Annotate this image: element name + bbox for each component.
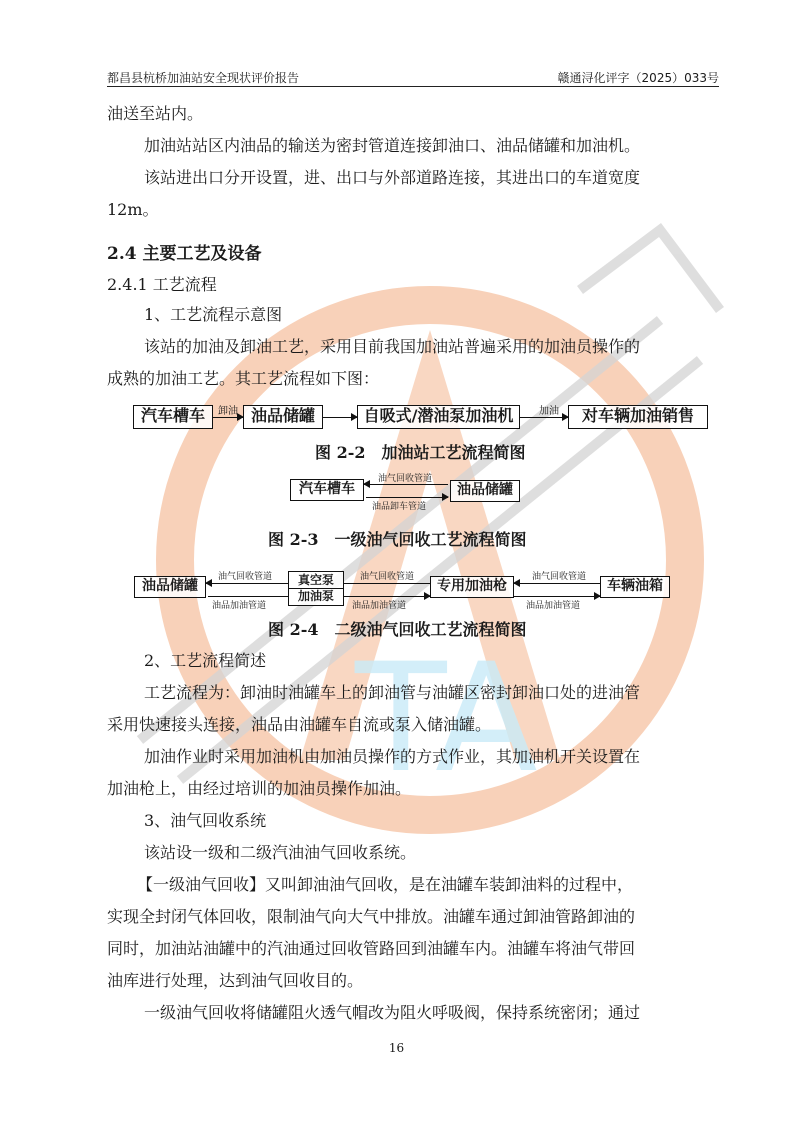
pipe-label: 油品加油管道 <box>212 598 266 611</box>
flow-box: 汽车槽车 <box>133 405 213 429</box>
figure-caption: 图 2-3 一级油气回收工艺流程简图 <box>268 527 526 550</box>
pipe-label: 油品加油管道 <box>526 598 580 611</box>
list-item: 3、油气回收系统 <box>107 811 719 831</box>
arrow-label: 加油 <box>539 402 559 417</box>
pipe-label: 油品加油管道 <box>352 598 406 611</box>
pipe-line <box>344 583 430 584</box>
vacuum-pump-label: 真空泵 <box>289 573 343 588</box>
flow-box: 专用加油枪 <box>430 576 514 598</box>
figure-caption: 图 2-4 二级油气回收工艺流程简图 <box>268 617 526 640</box>
arrow-right-icon <box>366 497 448 498</box>
pipe-line <box>208 596 288 597</box>
arrow-label: 卸油 <box>218 402 238 417</box>
flow-box: 油品储罐 <box>450 480 520 502</box>
flow-box: 对车辆加油销售 <box>568 405 708 429</box>
arrow-left-icon <box>206 583 288 584</box>
pipe-label: 油气回收管道 <box>360 569 414 582</box>
list-item: 2、工艺流程简述 <box>107 651 719 671</box>
page-number: 16 <box>0 1041 793 1055</box>
arrow-right-icon <box>213 417 243 418</box>
report-number: 赣通浔化评字（2025）033号 <box>558 69 719 86</box>
paragraph: 油库进行处理，达到油气回收目的。 <box>107 971 719 991</box>
arrow-left-icon <box>514 583 600 584</box>
flow-box: 油品储罐 <box>134 576 206 598</box>
arrow-right-icon <box>514 596 600 597</box>
paragraph: 该站设一级和二级汽油油气回收系统。 <box>107 843 719 863</box>
arrow-left-icon <box>364 484 448 485</box>
report-title: 都昌县杭桥加油站安全现状评价报告 <box>107 69 299 86</box>
paragraph: 加油枪上，由经过培训的加油员操作加油。 <box>107 779 719 799</box>
pipe-label: 油气回收管道 <box>378 471 432 484</box>
paragraph: 该站进出口分开设置，进、出口与外部道路连接，其进出口的车道宽度 <box>107 168 719 188</box>
paragraph: 一级油气回收将储罐阻火透气帽改为阻火呼吸阀，保持系统密闭；通过 <box>107 1003 719 1023</box>
paragraph: 该站的加油及卸油工艺，采用目前我国加油站普遍采用的加油员操作的 <box>107 337 719 357</box>
fuel-pump-label: 加油泵 <box>289 588 343 604</box>
figure-caption: 图 2-2 加油站工艺流程简图 <box>315 440 525 463</box>
subsection-heading: 2.4.1 工艺流程 <box>107 272 217 295</box>
pipe-label: 油品卸车管道 <box>372 499 426 512</box>
list-item: 1、工艺流程示意图 <box>107 305 719 325</box>
pump-box: 真空泵 加油泵 <box>288 571 344 606</box>
arrow-right-icon <box>520 417 568 418</box>
paragraph: 加油作业时采用加油机由加油员操作的方式作业，其加油机开关设置在 <box>107 747 719 767</box>
paragraph: 【一级油气回收】又叫卸油油气回收，是在油罐车装卸油料的过程中， <box>107 875 719 895</box>
pipe-label: 油气回收管道 <box>218 569 272 582</box>
arrow-right-icon <box>344 596 430 597</box>
paragraph: 采用快速接头连接，油品由油罐车自流或泵入储油罐。 <box>107 715 719 735</box>
pipe-label: 油气回收管道 <box>532 569 586 582</box>
section-heading: 2.4 主要工艺及设备 <box>107 239 262 264</box>
paragraph: 油送至站内。 <box>107 104 719 124</box>
arrow-right-icon <box>323 417 357 418</box>
paragraph: 加油站站区内油品的输送为密封管道连接卸油口、油品储罐和加油机。 <box>107 136 719 156</box>
paragraph: 实现全封闭气体回收，限制油气向大气中排放。油罐车通过卸油管路卸油的 <box>107 907 719 927</box>
document-page: 都昌县杭桥加油站安全现状评价报告 赣通浔化评字（2025）033号 油送至站内。… <box>0 0 793 1122</box>
flow-box: 自吸式/潜油泵加油机 <box>357 405 520 429</box>
page-header: 都昌县杭桥加油站安全现状评价报告 赣通浔化评字（2025）033号 <box>107 68 719 87</box>
paragraph: 12m。 <box>107 200 719 220</box>
flow-box: 汽车槽车 <box>290 479 364 501</box>
paragraph: 成熟的加油工艺。其工艺流程如下图： <box>107 369 719 389</box>
flow-box: 车辆油箱 <box>600 576 670 598</box>
flow-box: 油品储罐 <box>243 405 323 429</box>
paragraph: 同时，加油站油罐中的汽油通过回收管路回到油罐车内。油罐车将油气带回 <box>107 939 719 959</box>
paragraph: 工艺流程为：卸油时油罐车上的卸油管与油罐区密封卸油口处的进油管 <box>107 683 719 703</box>
